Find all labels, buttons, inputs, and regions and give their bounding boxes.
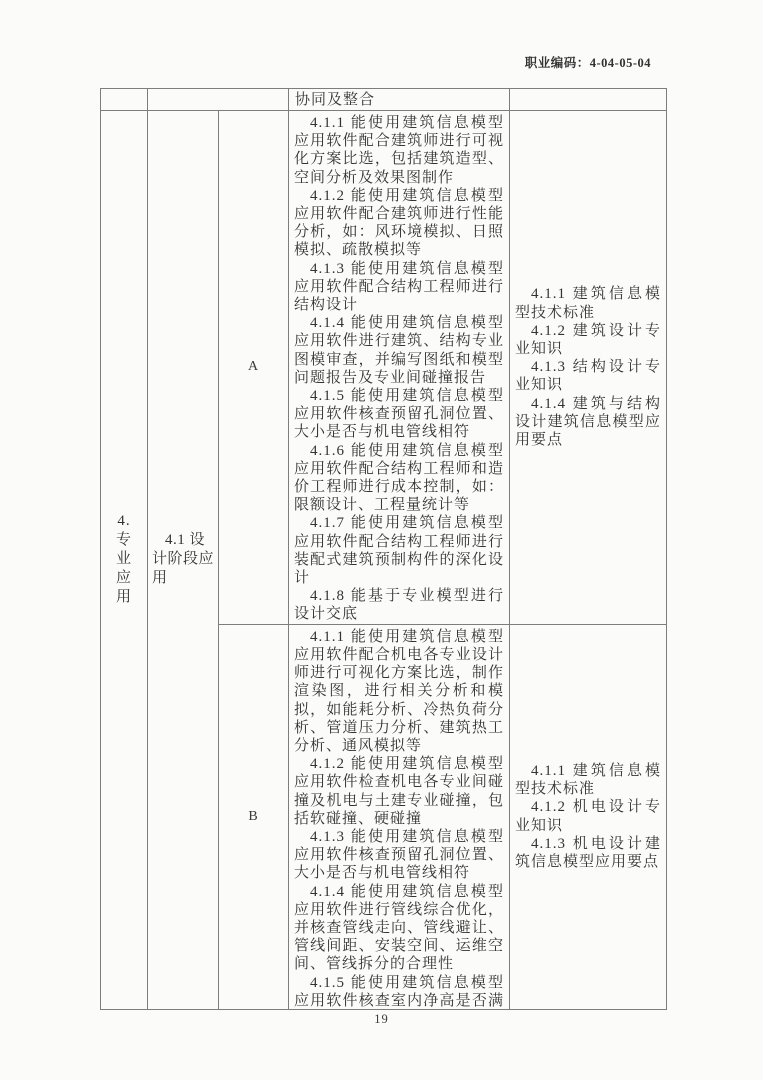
knowledge-item: 4.1.4 建筑与结构设计建筑信息模型应用要点: [515, 395, 661, 450]
skills-b-cell: 4.1.1 能使用建筑信息模型应用软件配合机电各专业设计师进行可视化方案比选，制…: [289, 624, 510, 1009]
skill-item: 4.1.5 能使用建筑信息模型应用软件核查预留孔洞位置、大小是否与机电管线相符: [294, 387, 504, 442]
skill-item: 4.1.2 能使用建筑信息模型应用软件配合建筑师进行性能分析，如：风环境模拟、日…: [294, 187, 504, 260]
skill-item: 4.1.4 能使用建筑信息模型应用软件进行管线综合优化，并核查管线走向、管线避让…: [294, 883, 504, 974]
occupation-function-cell: 4. 专业应用: [101, 111, 148, 1010]
knowledge-item: 4.1.3 结构设计专业知识: [515, 358, 661, 394]
skill-item: 4.1.2 能使用建筑信息模型应用软件检查机电各专业间碰撞及机电与土建专业碰撞，…: [294, 755, 504, 828]
skill-item: 4.1.7 能使用建筑信息模型应用软件配合结构工程师进行装配式建筑预制构件的深化…: [294, 514, 504, 587]
skill-item: 4.1.6 能使用建筑信息模型应用软件配合结构工程师和造价工程师进行成本控制，如…: [294, 442, 504, 515]
table-row-continuation: 协同及整合: [101, 89, 667, 111]
grade-b-cell: B: [219, 624, 289, 1009]
knowledge-a-cell: 4.1.1 建筑信息模型技术标准 4.1.2 建筑设计专业知识 4.1.3 结构…: [510, 111, 667, 625]
continuation-skill-cell: 协同及整合: [289, 89, 510, 111]
knowledge-b-cell: 4.1.1 建筑信息模型技术标准 4.1.2 机电设计专业知识 4.1.3 机电…: [510, 624, 667, 1009]
skill-item: 4.1.3 能使用建筑信息模型应用软件核查预留孔洞位置、大小是否与机电管线相符: [294, 828, 504, 883]
skill-item: 4.1.1 能使用建筑信息模型应用软件配合建筑师进行可视化方案比选，包括建筑造型…: [294, 114, 504, 187]
work-content-cell: 4.1 设计阶段应用: [148, 111, 219, 1010]
knowledge-item: 4.1.1 建筑信息模型技术标准: [515, 762, 661, 798]
grade-a-cell: A: [219, 111, 289, 625]
skill-item: 4.1.8 能基于专业模型进行设计交底: [294, 587, 504, 623]
skill-item: 4.1.5 能使用建筑信息模型应用软件核查室内净高是否满足建: [294, 974, 504, 1009]
knowledge-item: 4.1.1 建筑信息模型技术标准: [515, 285, 661, 321]
continuation-empty-cell-1: [101, 89, 148, 111]
continuation-empty-cell-3: [510, 89, 667, 111]
skill-item: 4.1.3 能使用建筑信息模型应用软件配合结构工程师进行结构设计: [294, 260, 504, 315]
document-page: 职业编码：4-04-05-04 协同及整合 4. 专业应用 4.1 设计阶段应用…: [0, 0, 763, 1080]
skills-a-cell: 4.1.1 能使用建筑信息模型应用软件配合建筑师进行可视化方案比选，包括建筑造型…: [289, 111, 510, 625]
skill-item: 4.1.4 能使用建筑信息模型应用软件进行建筑、结构专业图模审查，并编写图纸和模…: [294, 314, 504, 387]
page-number: 19: [0, 1012, 763, 1027]
table-row-grade-a: 4. 专业应用 4.1 设计阶段应用 A 4.1.1 能使用建筑信息模型应用软件…: [101, 111, 667, 625]
knowledge-item: 4.1.2 机电设计专业知识: [515, 798, 661, 834]
knowledge-item: 4.1.2 建筑设计专业知识: [515, 322, 661, 358]
standard-table: 协同及整合 4. 专业应用 4.1 设计阶段应用 A 4.1.1 能使用建筑信息…: [100, 88, 667, 1010]
continuation-empty-cell-2: [148, 89, 289, 111]
skill-item: 4.1.1 能使用建筑信息模型应用软件配合机电各专业设计师进行可视化方案比选，制…: [294, 628, 504, 755]
occupation-code-header: 职业编码：4-04-05-04: [525, 53, 651, 71]
knowledge-item: 4.1.3 机电设计建筑信息模型应用要点: [515, 835, 661, 871]
